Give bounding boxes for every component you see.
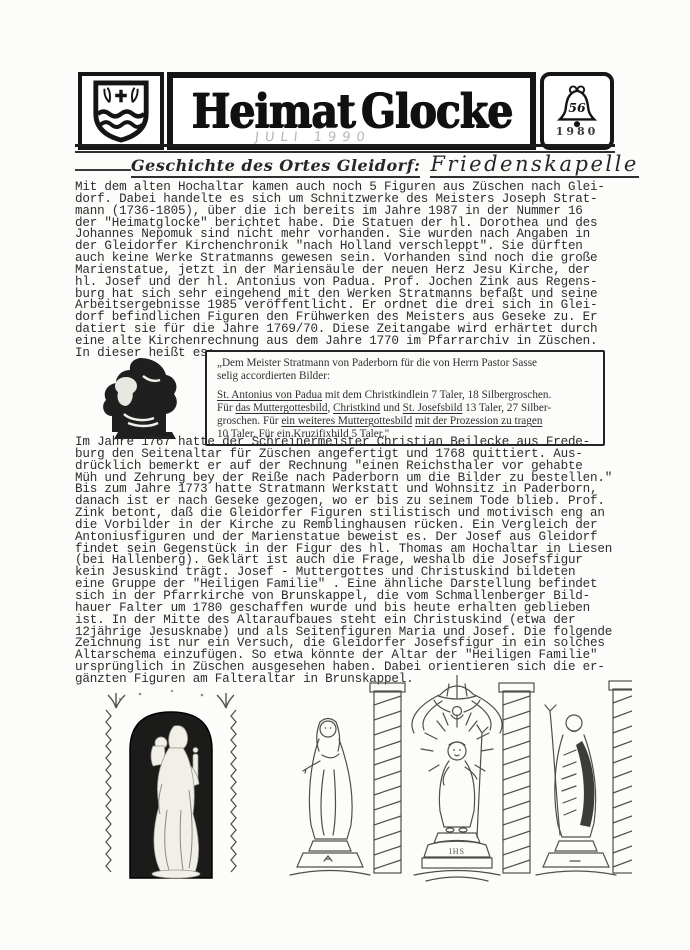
- article-title-prefix: Geschichte des Ortes Gleidorf:: [131, 156, 420, 178]
- madonna-niche-illustration: [96, 688, 246, 884]
- quote-gap: [217, 382, 593, 389]
- quote-segment: 13 Taler, 27 Silber-: [462, 402, 551, 414]
- quote-segment: groschen. Für: [217, 415, 281, 427]
- issue-number: 56: [568, 99, 586, 114]
- quote-intro: „Dem Meister Stratmann von Paderborn für…: [217, 357, 593, 382]
- invoice-quote-box: „Dem Meister Stratmann von Paderborn für…: [205, 350, 605, 446]
- altar-sketch-icon: IHS: [286, 675, 632, 885]
- quote-segment: mit der Prozession zu tragen: [415, 415, 542, 427]
- issue-bell-box: 56 1980: [540, 72, 614, 150]
- madonna-niche-icon: [96, 688, 246, 884]
- quote-line: „Dem Meister Stratmann von Paderborn für…: [217, 357, 593, 370]
- masthead-rule-thick: [75, 144, 615, 147]
- quote-line: Für das Muttergottesbild, Christkind und…: [217, 402, 593, 415]
- quote-line: groschen. Für ein weiteres Muttergottesb…: [217, 415, 593, 428]
- article-title-main: Friedenskapelle: [430, 152, 638, 178]
- altar-pedestal-inscription: IHS: [449, 847, 465, 856]
- quote-segment: und: [380, 402, 402, 414]
- quote-details: St. Antonius von Padua mit dem Christkin…: [217, 389, 593, 440]
- quote-segment: mit dem Christkindlein 7 Taler, 18 Silbe…: [322, 389, 551, 401]
- body-paragraph-1: Mit dem alten Hochaltar kamen auch noch …: [75, 182, 627, 360]
- holy-family-altar-illustration: IHS: [286, 675, 632, 885]
- quote-segment: ein weiteres Muttergottesbild: [281, 415, 412, 427]
- body-paragraph-2: Im Jahre 1767 hatte der Schreinermeister…: [75, 437, 627, 686]
- bell-icon: 56: [554, 85, 600, 129]
- bell-year: 1980: [556, 125, 599, 138]
- quote-segment: St. Antonius von Padua: [217, 389, 322, 401]
- quote-segment: das Muttergottesbild: [235, 402, 327, 414]
- quote-segment: St. Josefsbild: [403, 402, 463, 414]
- coat-of-arms-box: [78, 72, 164, 150]
- quote-line: selig accordierten Bilder:: [217, 370, 593, 383]
- quote-segment: Für: [217, 402, 235, 414]
- scanned-newsletter-page: HeimatGlocke 56 1980 JULI 1990 Geschicht…: [0, 0, 690, 950]
- article-title: Geschichte des Ortes Gleidorf: Friedensk…: [131, 152, 615, 178]
- quote-segment: selig accordierten Bilder:: [217, 370, 330, 382]
- antonius-statue-illustration: [88, 356, 203, 439]
- title-left-rule: [75, 169, 131, 171]
- quote-segment: „Dem Meister Stratmann von Paderborn für…: [217, 357, 537, 369]
- coat-of-arms-icon: [90, 79, 152, 143]
- antonius-statue-icon: [88, 356, 203, 439]
- handwritten-date: JULI 1990: [254, 130, 456, 145]
- quote-line: St. Antonius von Padua mit dem Christkin…: [217, 389, 593, 402]
- quote-segment: Christkind: [333, 402, 380, 414]
